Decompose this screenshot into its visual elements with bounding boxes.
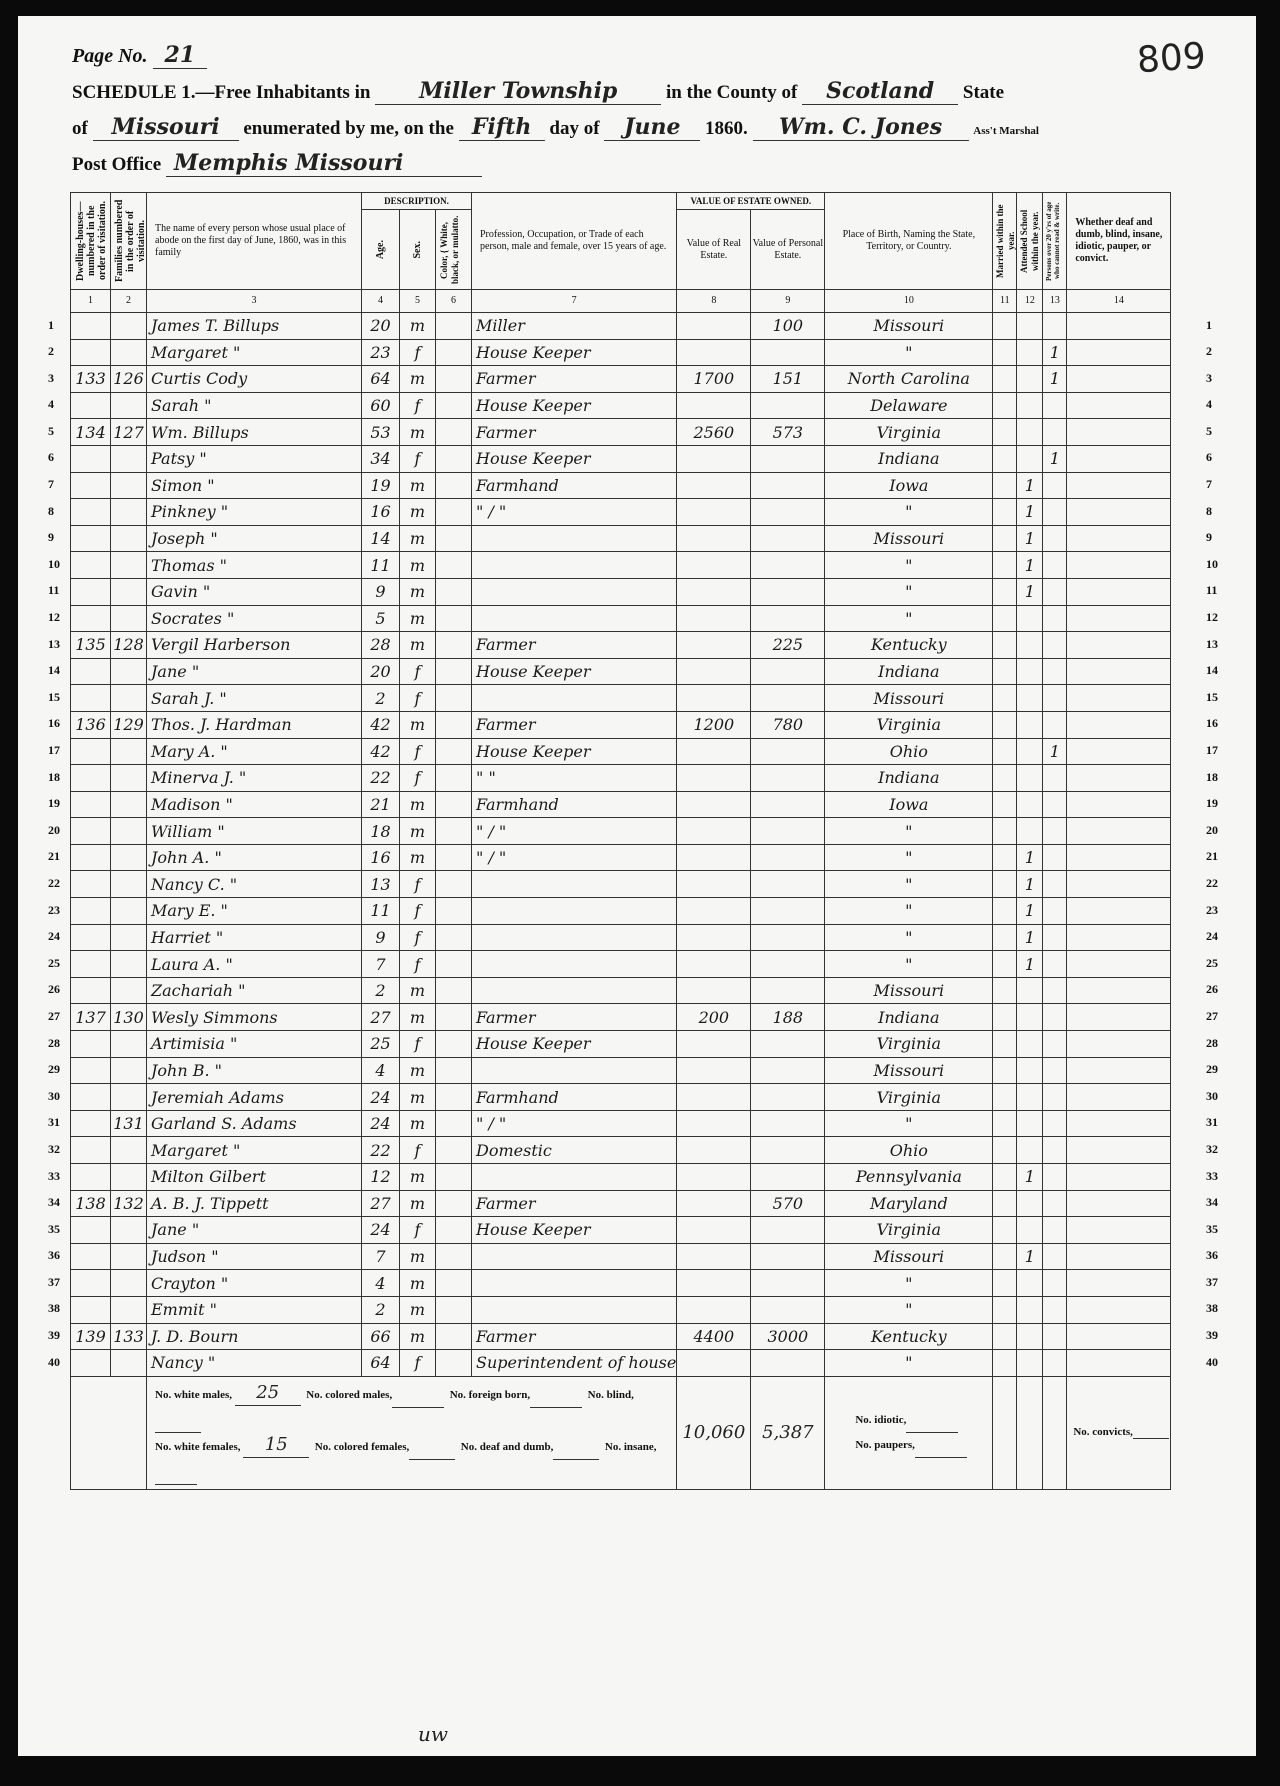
real-estate-value	[677, 1243, 751, 1270]
of-label: of	[72, 118, 88, 139]
line-number: 5	[48, 424, 54, 439]
col-age-header: Age.	[362, 210, 400, 290]
family-number	[111, 605, 147, 632]
idiotic-paupers-cell: No. idiotic, No. paupers,	[825, 1376, 993, 1489]
illiterate-mark	[1043, 1004, 1067, 1031]
table-row: John A. "16m" / ""1	[71, 844, 1171, 871]
line-number: 2	[1206, 344, 1212, 359]
color	[436, 525, 472, 552]
family-number	[111, 871, 147, 898]
real-estate-value	[677, 499, 751, 526]
col-number: 6	[436, 290, 472, 313]
line-number: 31	[1206, 1115, 1218, 1130]
occupation: House Keeper	[472, 339, 677, 366]
line-number: 37	[1206, 1275, 1218, 1290]
person-name: Jane "	[147, 658, 362, 685]
married-mark	[993, 844, 1017, 871]
line-number: 17	[48, 743, 60, 758]
occupation: House Keeper	[472, 392, 677, 419]
line-number: 39	[48, 1328, 60, 1343]
infirmity	[1067, 898, 1171, 925]
real-estate-value: 4400	[677, 1323, 751, 1350]
infirmity	[1067, 765, 1171, 792]
estate-value-header: VALUE OF ESTATE OWNED.	[677, 193, 825, 210]
sex: m	[400, 818, 436, 845]
sex: f	[400, 392, 436, 419]
line-number: 18	[1206, 770, 1218, 785]
age: 9	[362, 924, 400, 951]
col-number: 9	[751, 290, 825, 313]
color	[436, 445, 472, 472]
illiterate-mark	[1043, 818, 1067, 845]
sex: m	[400, 1270, 436, 1297]
color	[436, 472, 472, 499]
table-row: Thomas "11m"1	[71, 552, 1171, 579]
illiterate-mark: 1	[1043, 738, 1067, 765]
colored-males-label: No. colored males,	[306, 1389, 392, 1401]
color	[436, 1270, 472, 1297]
married-mark	[993, 977, 1017, 1004]
birthplace: Virginia	[825, 1031, 993, 1058]
dwelling-number: 133	[71, 366, 111, 393]
real-estate-value	[677, 951, 751, 978]
married-mark	[993, 765, 1017, 792]
dwelling-number	[71, 313, 111, 340]
personal-estate-value: 151	[751, 366, 825, 393]
color	[436, 1110, 472, 1137]
infirmity	[1067, 685, 1171, 712]
illiterate-mark	[1043, 765, 1067, 792]
birthplace: Missouri	[825, 1243, 993, 1270]
col-number: 7	[472, 290, 677, 313]
col-number: 14	[1067, 290, 1171, 313]
school-mark	[1017, 1110, 1043, 1137]
line-number: 33	[48, 1169, 60, 1184]
table-row: 133126Curtis Cody64mFarmer1700151North C…	[71, 366, 1171, 393]
occupation: Farmhand	[472, 1084, 677, 1111]
family-number	[111, 738, 147, 765]
footer-mark: uw	[418, 1722, 448, 1746]
color	[436, 1217, 472, 1244]
occupation	[472, 1270, 677, 1297]
school-mark	[1017, 1270, 1043, 1297]
infirmity	[1067, 1004, 1171, 1031]
personal-estate-value: 225	[751, 632, 825, 659]
white-females-label: No. white females,	[155, 1441, 241, 1453]
line-number: 12	[1206, 610, 1218, 625]
state-label: State	[963, 82, 1004, 103]
infirmity	[1067, 1137, 1171, 1164]
line-number: 19	[48, 796, 60, 811]
person-name: Minerva J. "	[147, 765, 362, 792]
married-mark	[993, 632, 1017, 659]
line-number: 1	[1206, 318, 1212, 333]
married-mark	[993, 818, 1017, 845]
real-estate-value	[677, 445, 751, 472]
col-number: 13	[1043, 290, 1067, 313]
color	[436, 1057, 472, 1084]
line-number: 13	[1206, 637, 1218, 652]
line-number: 16	[48, 716, 60, 731]
married-mark	[993, 1270, 1017, 1297]
infirmity	[1067, 1084, 1171, 1111]
age: 24	[362, 1217, 400, 1244]
family-number	[111, 1217, 147, 1244]
dwelling-number	[71, 1164, 111, 1191]
occupation	[472, 924, 677, 951]
age: 24	[362, 1110, 400, 1137]
personal-estate-value: 3000	[751, 1323, 825, 1350]
illiterate-mark	[1043, 1137, 1067, 1164]
color	[436, 1296, 472, 1323]
family-number	[111, 392, 147, 419]
day-field: Fifth	[459, 114, 545, 141]
birthplace: "	[825, 924, 993, 951]
table-row: Simon "19mFarmhandIowa1	[71, 472, 1171, 499]
real-estate-value	[677, 871, 751, 898]
infirmity	[1067, 1057, 1171, 1084]
birthplace: Ohio	[825, 738, 993, 765]
dwelling-number	[71, 951, 111, 978]
family-number: 127	[111, 419, 147, 446]
color	[436, 951, 472, 978]
family-number	[111, 1243, 147, 1270]
birthplace: "	[825, 1270, 993, 1297]
sex: f	[400, 445, 436, 472]
convicts-label: No. convicts,	[1073, 1426, 1133, 1438]
family-number	[111, 499, 147, 526]
real-estate-value: 2560	[677, 419, 751, 446]
married-mark	[993, 711, 1017, 738]
family-number	[111, 525, 147, 552]
married-mark	[993, 1243, 1017, 1270]
birthplace: Iowa	[825, 472, 993, 499]
line-number: 39	[1206, 1328, 1218, 1343]
table-row: Patsy "34fHouse KeeperIndiana1	[71, 445, 1171, 472]
dwelling-number	[71, 1137, 111, 1164]
birthplace: Iowa	[825, 791, 993, 818]
married-mark	[993, 1137, 1017, 1164]
color	[436, 924, 472, 951]
line-number: 38	[1206, 1301, 1218, 1316]
personal-estate-value	[751, 1057, 825, 1084]
infirmity	[1067, 844, 1171, 871]
school-mark: 1	[1017, 951, 1043, 978]
school-mark	[1017, 791, 1043, 818]
illiterate-mark	[1043, 1110, 1067, 1137]
personal-estate-value	[751, 685, 825, 712]
family-number	[111, 1350, 147, 1377]
sex: m	[400, 552, 436, 579]
line-number: 23	[1206, 903, 1218, 918]
birthplace: Missouri	[825, 525, 993, 552]
line-number: 35	[1206, 1222, 1218, 1237]
age: 18	[362, 818, 400, 845]
line-number: 14	[1206, 663, 1218, 678]
age: 5	[362, 605, 400, 632]
personal-estate-value	[751, 898, 825, 925]
school-mark	[1017, 658, 1043, 685]
family-number	[111, 339, 147, 366]
line-number: 4	[48, 397, 54, 412]
county-label: in the County of	[666, 82, 797, 103]
person-name: Margaret "	[147, 339, 362, 366]
color	[436, 738, 472, 765]
dwelling-number	[71, 1350, 111, 1377]
color	[436, 1350, 472, 1377]
real-estate-value	[677, 578, 751, 605]
occupation	[472, 525, 677, 552]
family-number: 132	[111, 1190, 147, 1217]
occupation	[472, 1164, 677, 1191]
line-number: 20	[48, 823, 60, 838]
infirmity	[1067, 1350, 1171, 1377]
age: 2	[362, 1296, 400, 1323]
occupation: " / "	[472, 1110, 677, 1137]
personal-estate-value	[751, 552, 825, 579]
school-mark	[1017, 1217, 1043, 1244]
col-real-estate-header: Value of Real Estate.	[677, 210, 751, 290]
school-mark	[1017, 1031, 1043, 1058]
table-row: Zachariah "2mMissouri	[71, 977, 1171, 1004]
line-number: 36	[1206, 1248, 1218, 1263]
line-number: 8	[48, 504, 54, 519]
married-mark	[993, 1350, 1017, 1377]
infirmity	[1067, 392, 1171, 419]
color	[436, 977, 472, 1004]
dwelling-number	[71, 977, 111, 1004]
infirmity	[1067, 924, 1171, 951]
line-number: 15	[48, 690, 60, 705]
age: 64	[362, 1350, 400, 1377]
convicts-cell: No. convicts,	[1067, 1376, 1171, 1489]
birthplace: "	[825, 844, 993, 871]
color	[436, 658, 472, 685]
real-estate-value: 1200	[677, 711, 751, 738]
birthplace: "	[825, 951, 993, 978]
real-estate-value	[677, 1084, 751, 1111]
person-name: Judson "	[147, 1243, 362, 1270]
sex: f	[400, 924, 436, 951]
color	[436, 1164, 472, 1191]
dwelling-number	[71, 791, 111, 818]
occupation: House Keeper	[472, 658, 677, 685]
occupation: House Keeper	[472, 1031, 677, 1058]
description-header: DESCRIPTION.	[362, 193, 472, 210]
personal-estate-total: 5,387	[751, 1376, 825, 1489]
color	[436, 1031, 472, 1058]
person-name: John A. "	[147, 844, 362, 871]
col-infirmity-header: Whether deaf and dumb, blind, insane, id…	[1067, 193, 1171, 290]
birthplace: Missouri	[825, 977, 993, 1004]
foreign-born-label: No. foreign born,	[450, 1389, 530, 1401]
family-number	[111, 1057, 147, 1084]
line-number: 20	[1206, 823, 1218, 838]
line-number: 30	[48, 1089, 60, 1104]
month-field: June	[604, 114, 700, 141]
sex: m	[400, 1190, 436, 1217]
infirmity	[1067, 1031, 1171, 1058]
illiterate-mark	[1043, 1031, 1067, 1058]
infirmity	[1067, 951, 1171, 978]
dwelling-number: 135	[71, 632, 111, 659]
occupation	[472, 552, 677, 579]
dwelling-number	[71, 339, 111, 366]
infirmity	[1067, 711, 1171, 738]
birthplace: "	[825, 499, 993, 526]
dwelling-number	[71, 738, 111, 765]
married-mark	[993, 1190, 1017, 1217]
person-name: Crayton "	[147, 1270, 362, 1297]
age: 20	[362, 313, 400, 340]
married-mark	[993, 924, 1017, 951]
school-mark	[1017, 313, 1043, 340]
occupation	[472, 1296, 677, 1323]
state-field: Missouri	[93, 114, 239, 141]
illiterate-mark	[1043, 1243, 1067, 1270]
illiterate-mark	[1043, 552, 1067, 579]
enumeration-line: of Missouri enumerated by me, on the Fif…	[72, 114, 1039, 141]
deaf-dumb-label: No. deaf and dumb,	[461, 1441, 554, 1453]
age: 4	[362, 1057, 400, 1084]
sex: m	[400, 578, 436, 605]
sex: m	[400, 844, 436, 871]
col-number: 4	[362, 290, 400, 313]
family-number: 129	[111, 711, 147, 738]
family-number	[111, 924, 147, 951]
dwelling-number: 139	[71, 1323, 111, 1350]
married-mark	[993, 1031, 1017, 1058]
person-name: Pinkney "	[147, 499, 362, 526]
personal-estate-value	[751, 1164, 825, 1191]
married-mark	[993, 1296, 1017, 1323]
real-estate-value	[677, 1137, 751, 1164]
totals-row: No. white males, 25 No. colored males, N…	[71, 1376, 1171, 1489]
real-estate-value	[677, 924, 751, 951]
married-mark	[993, 499, 1017, 526]
table-row: Margaret "22fDomesticOhio	[71, 1137, 1171, 1164]
table-row: 136129Thos. J. Hardman42mFarmer1200780Vi…	[71, 711, 1171, 738]
dwelling-number	[71, 924, 111, 951]
color	[436, 871, 472, 898]
personal-estate-value	[751, 871, 825, 898]
sex: f	[400, 898, 436, 925]
sex: f	[400, 738, 436, 765]
person-name: Harriet "	[147, 924, 362, 951]
sex: f	[400, 765, 436, 792]
table-row: Laura A. "7f"1	[71, 951, 1171, 978]
illiterate-mark	[1043, 1084, 1067, 1111]
married-mark	[993, 898, 1017, 925]
person-name: Socrates "	[147, 605, 362, 632]
table-row: Nancy "64fSuperintendent of house"	[71, 1350, 1171, 1377]
dwelling-number	[71, 1296, 111, 1323]
married-mark	[993, 366, 1017, 393]
school-mark	[1017, 765, 1043, 792]
real-estate-value	[677, 313, 751, 340]
infirmity	[1067, 1270, 1171, 1297]
line-number: 34	[1206, 1195, 1218, 1210]
sex: m	[400, 1323, 436, 1350]
person-name: Thos. J. Hardman	[147, 711, 362, 738]
dwelling-number	[71, 1243, 111, 1270]
color	[436, 313, 472, 340]
table-row: 138132A. B. J. Tippett27mFarmer570Maryla…	[71, 1190, 1171, 1217]
person-name: Laura A. "	[147, 951, 362, 978]
occupation: Farmer	[472, 711, 677, 738]
real-estate-value	[677, 339, 751, 366]
table-row: William "18m" / ""	[71, 818, 1171, 845]
school-mark: 1	[1017, 1164, 1043, 1191]
birthplace: "	[825, 1110, 993, 1137]
occupation: Farmhand	[472, 472, 677, 499]
married-mark	[993, 313, 1017, 340]
illiterate-mark	[1043, 977, 1067, 1004]
infirmity	[1067, 445, 1171, 472]
age: 11	[362, 552, 400, 579]
color	[436, 765, 472, 792]
infirmity	[1067, 578, 1171, 605]
blind-label: No. blind,	[588, 1389, 634, 1401]
table-row: 137130Wesly Simmons27mFarmer200188Indian…	[71, 1004, 1171, 1031]
illiterate-mark	[1043, 1323, 1067, 1350]
white-males-label: No. white males,	[155, 1389, 232, 1401]
illiterate-mark	[1043, 844, 1067, 871]
dwelling-number	[71, 898, 111, 925]
col-occupation-header: Profession, Occupation, or Trade of each…	[472, 193, 677, 290]
line-number: 37	[48, 1275, 60, 1290]
age: 4	[362, 1270, 400, 1297]
real-estate-value	[677, 392, 751, 419]
person-name: Sarah "	[147, 392, 362, 419]
personal-estate-value: 780	[751, 711, 825, 738]
family-number	[111, 658, 147, 685]
illiterate-mark: 1	[1043, 445, 1067, 472]
birthplace: "	[825, 605, 993, 632]
real-estate-value	[677, 1296, 751, 1323]
family-number	[111, 1084, 147, 1111]
sex: f	[400, 951, 436, 978]
school-mark: 1	[1017, 898, 1043, 925]
person-name: Nancy "	[147, 1350, 362, 1377]
birthplace: "	[825, 1350, 993, 1377]
occupation: " / "	[472, 844, 677, 871]
color	[436, 844, 472, 871]
infirmity	[1067, 871, 1171, 898]
family-number	[111, 765, 147, 792]
infirmity	[1067, 552, 1171, 579]
person-name: Curtis Cody	[147, 366, 362, 393]
illiterate-mark	[1043, 711, 1067, 738]
line-number: 3	[1206, 371, 1212, 386]
occupation: Farmer	[472, 419, 677, 446]
line-number: 22	[1206, 876, 1218, 891]
white-males-value: 25	[235, 1381, 301, 1406]
person-name: Artimisia "	[147, 1031, 362, 1058]
color	[436, 685, 472, 712]
col-number: 3	[147, 290, 362, 313]
line-number: 31	[48, 1115, 60, 1130]
school-mark	[1017, 392, 1043, 419]
infirmity	[1067, 977, 1171, 1004]
line-number: 25	[48, 956, 60, 971]
enumerated-label: enumerated by me, on the	[243, 118, 454, 139]
table-row: 134127Wm. Billups53mFarmer2560573Virgini…	[71, 419, 1171, 446]
family-number: 128	[111, 632, 147, 659]
occupation: Miller	[472, 313, 677, 340]
line-number: 32	[1206, 1142, 1218, 1157]
sex: m	[400, 1057, 436, 1084]
